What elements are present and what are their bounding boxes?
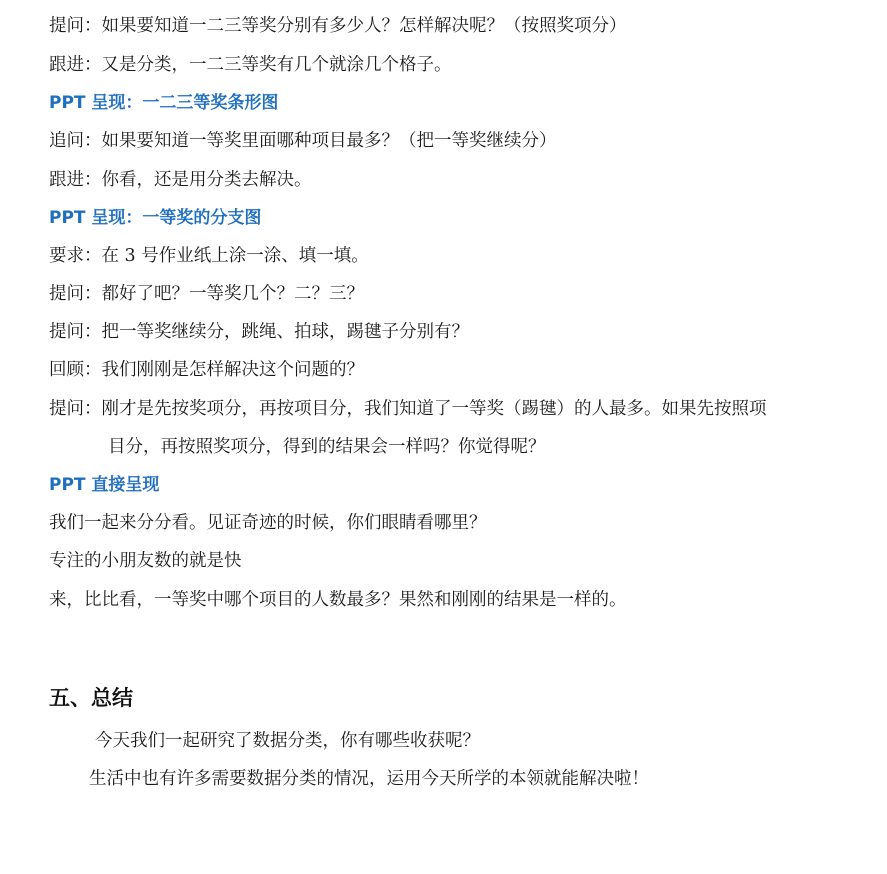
followup-line: 跟进：又是分类，一二三等奖有几个就涂几个格子。 <box>49 53 452 77</box>
question-line: 追问：如果要知道一等奖里面哪种项目最多？（把一等奖继续分） <box>49 129 557 153</box>
summary-line: 生活中也有许多需要数据分类的情况，运用今天所学的本领就能解决啦！ <box>89 767 649 791</box>
question-line: 提问：如果要知道一二三等奖分别有多少人？怎样解决呢？（按照奖项分） <box>49 14 627 38</box>
ppt-note: PPT 呈现：一二三等奖条形图 <box>49 91 278 115</box>
text-line: 来，比比看，一等奖中哪个项目的人数最多？果然和刚刚的结果是一样的。 <box>49 588 627 612</box>
question-line: 提问：都好了吧？一等奖几个？二？三？ <box>49 282 364 306</box>
followup-line: 跟进：你看，还是用分类去解决。 <box>49 168 312 192</box>
section-heading: 五、总结 <box>49 682 133 712</box>
question-line-continued: 目分，再按照奖项分，得到的结果会一样吗？你觉得呢？ <box>108 435 546 459</box>
requirement-line: 要求：在 3 号作业纸上涂一涂、填一填。 <box>49 244 369 268</box>
review-line: 回顾：我们刚刚是怎样解决这个问题的？ <box>49 358 364 382</box>
question-line: 提问：刚才是先按奖项分，再按项目分，我们知道了一等奖（踢毽）的人最多。如果先按照… <box>49 397 767 421</box>
ppt-note: PPT 呈现：一等奖的分支图 <box>49 206 261 230</box>
question-line: 提问：把一等奖继续分，跳绳、拍球，踢毽子分别有？ <box>49 320 469 344</box>
summary-line: 今天我们一起研究了数据分类，你有哪些收获呢？ <box>95 729 480 753</box>
ppt-note: PPT 直接呈现 <box>49 473 159 497</box>
text-line: 专注的小朋友数的就是快 <box>49 549 242 573</box>
text-line: 我们一起来分分看。见证奇迹的时候，你们眼睛看哪里？ <box>49 511 487 535</box>
